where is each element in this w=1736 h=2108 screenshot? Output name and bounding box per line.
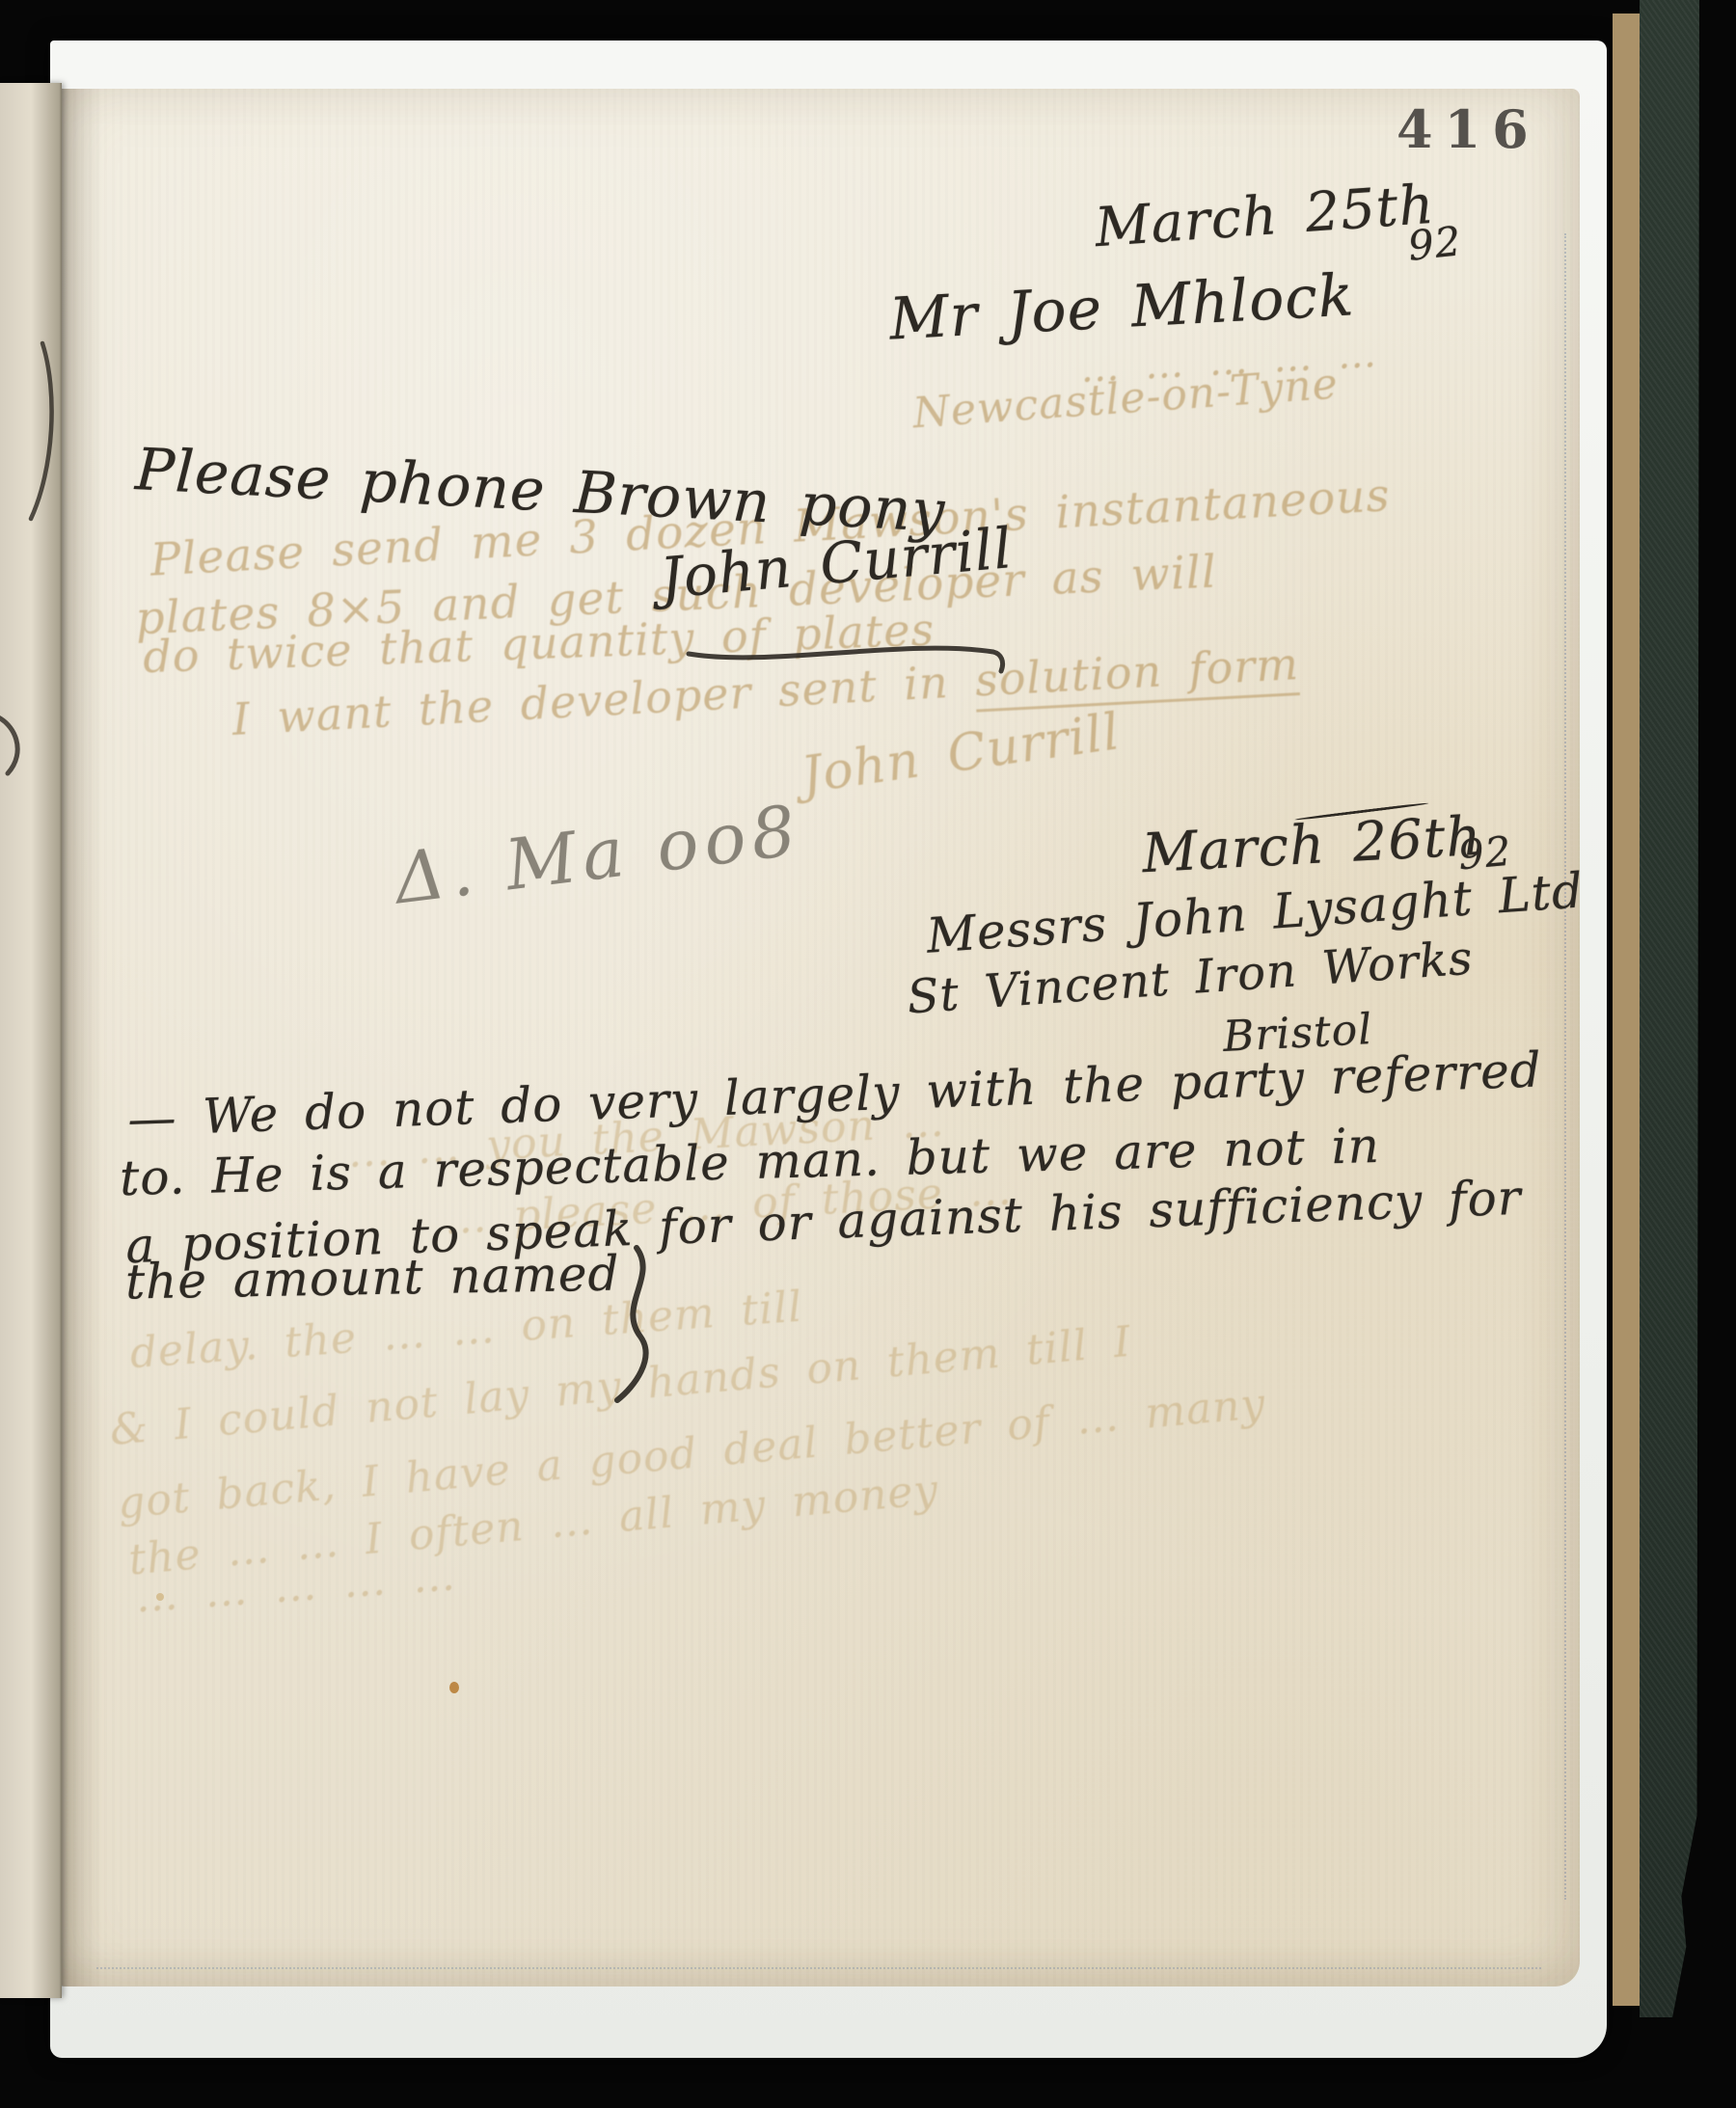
page-number: 416 xyxy=(1397,98,1540,160)
gutter-shadow xyxy=(58,89,102,1986)
perforation-dots-right xyxy=(1564,233,1566,1900)
page-block-edge xyxy=(1613,14,1641,2006)
letter1-year: 92 xyxy=(1406,217,1464,270)
letter2-body-line4: the amount named xyxy=(125,1246,620,1311)
letterbook-photo: 416 … … … … … Newcastle-on-Tyne Please s… xyxy=(0,0,1736,2108)
stray-ink-marks xyxy=(0,83,62,1998)
previous-page-edge xyxy=(0,83,62,1998)
faint-stain-dot xyxy=(156,1593,164,1601)
letter1-signature-underline xyxy=(683,635,1011,679)
letter2-end-flourish xyxy=(608,1244,665,1408)
ledger-page: 416 … … … … … Newcastle-on-Tyne Please s… xyxy=(58,89,1580,1986)
ink-stain-dot xyxy=(449,1682,459,1693)
perforation-dots-bottom xyxy=(96,1967,1541,1969)
book-cover-cloth xyxy=(1640,0,1699,2017)
